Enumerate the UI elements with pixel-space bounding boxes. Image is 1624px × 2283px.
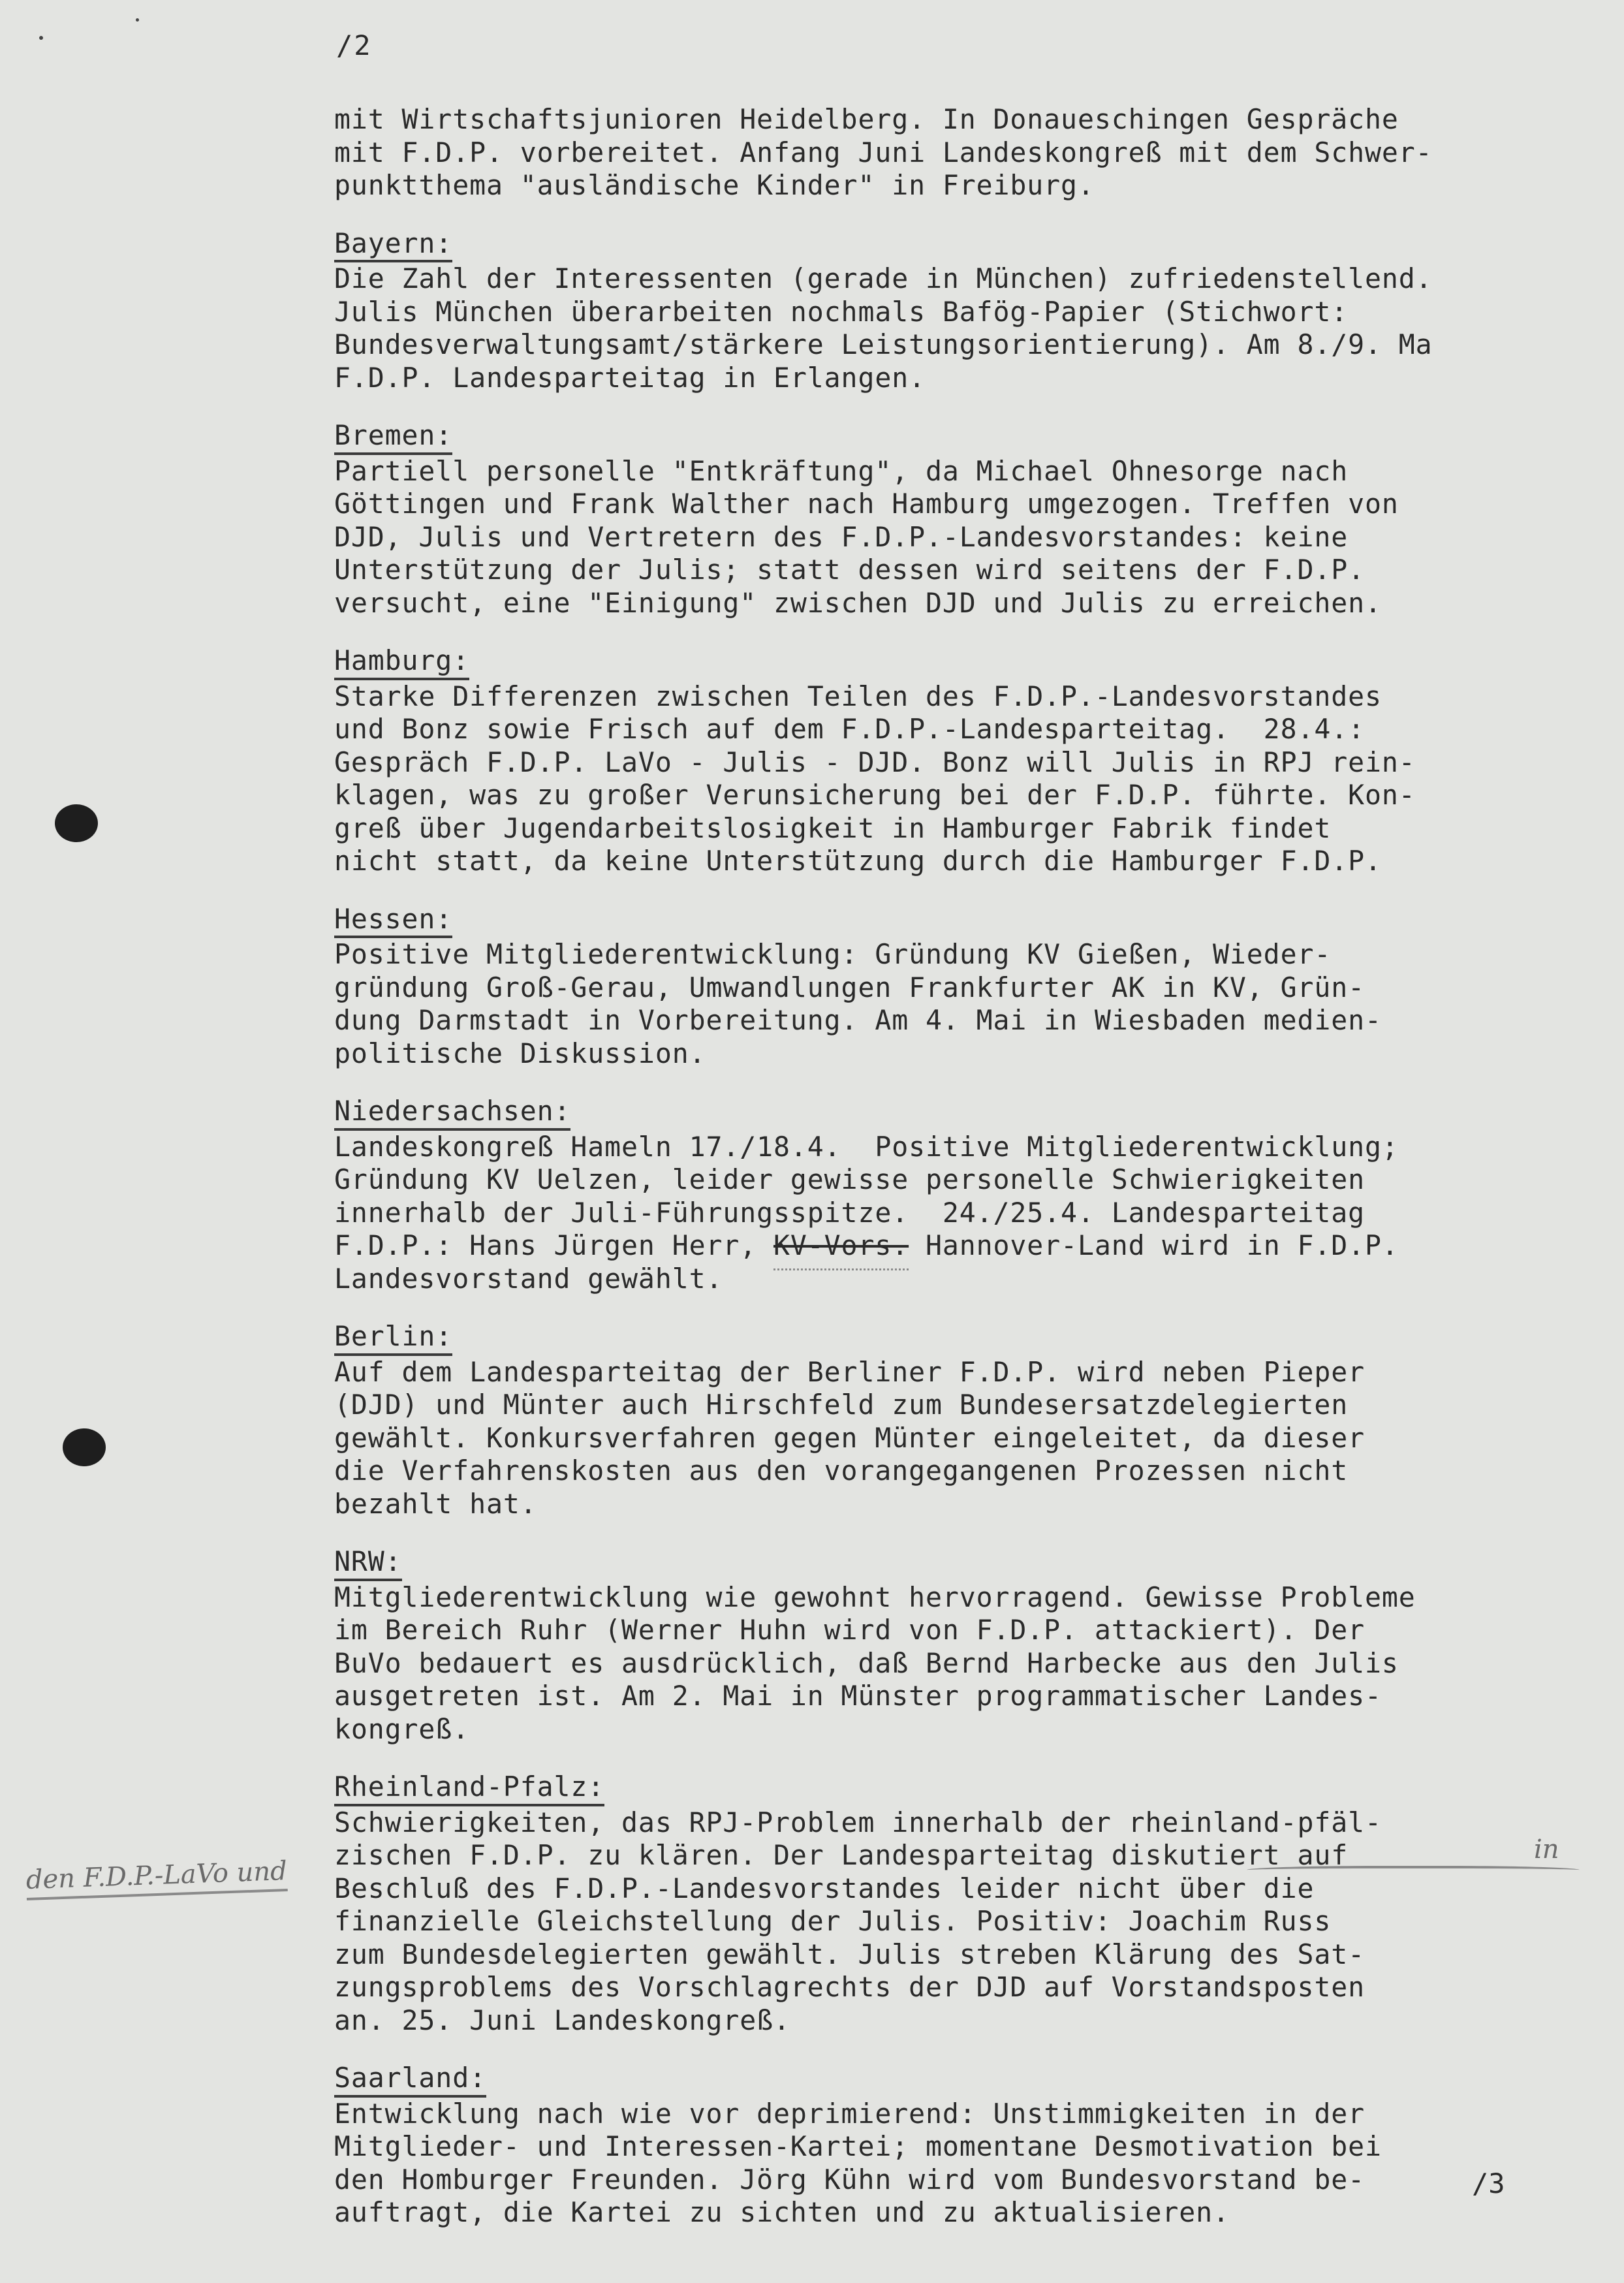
section-hessen: Hessen: Positive Mitgliederentwicklung: …	[334, 903, 1614, 1071]
text-line: BuVo bedauert es ausdrücklich, daß Bernd…	[334, 1647, 1614, 1680]
text-line: mit Wirtschaftsjunioren Heidelberg. In D…	[334, 103, 1614, 136]
text-line: gewählt. Konkursverfahren gegen Münter e…	[334, 1422, 1614, 1455]
paper-speck	[136, 18, 139, 22]
text-line: Auf dem Landesparteitag der Berliner F.D…	[334, 1356, 1614, 1389]
text-line: innerhalb der Juli-Führungsspitze. 24./2…	[334, 1197, 1614, 1230]
text-fragment: Hannover-Land wird in F.D.P.	[909, 1229, 1399, 1261]
text-line: Gründung KV Uelzen, leider gewisse perso…	[334, 1163, 1614, 1197]
text-line: Gespräch F.D.P. LaVo - Julis - DJD. Bonz…	[334, 746, 1614, 779]
section-bremen: Bremen: Partiell personelle "Entkräftung…	[334, 419, 1614, 620]
section-heading: Hessen:	[334, 903, 452, 939]
text-line: zungsproblems des Vorschlagrechts der DJ…	[334, 1971, 1614, 2004]
paper-speck	[39, 36, 43, 40]
text-line: an. 25. Juni Landeskongreß.	[334, 2004, 1614, 2038]
text-line: klagen, was zu großer Verunsicherung bei…	[334, 779, 1614, 812]
section-heading: Berlin:	[334, 1320, 452, 1356]
text-line: greß über Jugendarbeitslosigkeit in Hamb…	[334, 812, 1614, 845]
text-line: und Bonz sowie Frisch auf dem F.D.P.-Lan…	[334, 713, 1614, 746]
text-line: Partiell personelle "Entkräftung", da Mi…	[334, 455, 1614, 488]
text-line: mit F.D.P. vorbereitet. Anfang Juni Land…	[334, 136, 1614, 170]
section-heading: Rheinland-Pfalz:	[334, 1771, 604, 1806]
text-line: Mitglieder- und Interessen-Kartei; momen…	[334, 2130, 1614, 2164]
text-line: punktthema "ausländische Kinder" in Frei…	[334, 169, 1614, 202]
punch-hole	[63, 1428, 106, 1466]
section-heading: NRW:	[334, 1545, 402, 1581]
text-line: Die Zahl der Interessenten (gerade in Mü…	[334, 262, 1614, 296]
text-line: Göttingen und Frank Walther nach Hamburg…	[334, 488, 1614, 521]
handwritten-insert-mark: in	[1534, 1834, 1559, 1865]
text-line: bezahlt hat.	[334, 1488, 1614, 1521]
section-heading: Bayern:	[334, 227, 452, 263]
section-nrw: NRW: Mitgliederentwicklung wie gewohnt h…	[334, 1545, 1614, 1746]
text-line: Julis München überarbeiten nochmals Bafö…	[334, 296, 1614, 329]
text-line: finanzielle Gleichstellung der Julis. Po…	[334, 1905, 1614, 1938]
text-line: politische Diskussion.	[334, 1037, 1614, 1071]
text-line: gründung Groß-Gerau, Umwandlungen Frankf…	[334, 971, 1614, 1005]
text-fragment: F.D.P.: Hans Jürgen Herr,	[334, 1229, 773, 1261]
text-line: Entwicklung nach wie vor deprimierend: U…	[334, 2098, 1614, 2131]
text-line: Landeskongreß Hameln 17./18.4. Positive …	[334, 1131, 1614, 1164]
section-heading: Hamburg:	[334, 644, 469, 680]
handwritten-insertion-line	[1247, 1866, 1580, 1876]
text-line: Mitgliederentwicklung wie gewohnt hervor…	[334, 1581, 1614, 1614]
text-line: auftragt, die Kartei zu sichten und zu a…	[334, 2196, 1614, 2229]
section-heading: Saarland:	[334, 2062, 486, 2098]
text-line: DJD, Julis und Vertretern des F.D.P.-Lan…	[334, 521, 1614, 554]
section-berlin: Berlin: Auf dem Landesparteitag der Berl…	[334, 1320, 1614, 1520]
text-line: Schwierigkeiten, das RPJ-Problem innerha…	[334, 1806, 1614, 1840]
section-bayern: Bayern: Die Zahl der Interessenten (gera…	[334, 227, 1614, 395]
section-heading: Niedersachsen:	[334, 1095, 570, 1131]
text-line: Positive Mitgliederentwicklung: Gründung…	[334, 938, 1614, 971]
section-niedersachsen: Niedersachsen: Landeskongreß Hameln 17./…	[334, 1095, 1614, 1295]
document-body: mit Wirtschaftsjunioren Heidelberg. In D…	[334, 103, 1614, 2229]
text-line: nicht statt, da keine Unterstützung durc…	[334, 845, 1614, 878]
text-line: (DJD) und Münter auch Hirschfeld zum Bun…	[334, 1389, 1614, 1422]
section-rheinland-pfalz: Rheinland-Pfalz: Schwierigkeiten, das RP…	[334, 1771, 1614, 2037]
text-line: Beschluß des F.D.P.-Landesvorstandes lei…	[334, 1872, 1614, 1906]
handwritten-margin-note: den F.D.P.-LaVo und	[25, 1856, 288, 1900]
text-line: F.D.P. Landesparteitag in Erlangen.	[334, 362, 1614, 395]
struck-text: KV-Vors.	[773, 1229, 909, 1261]
page-number-bottom: /3	[1472, 2167, 1505, 2199]
text-line: Starke Differenzen zwischen Teilen des F…	[334, 680, 1614, 714]
text-line: zum Bundesdelegierten gewählt. Julis str…	[334, 1938, 1614, 1972]
text-line: den Homburger Freunden. Jörg Kühn wird v…	[334, 2164, 1614, 2197]
text-line: im Bereich Ruhr (Werner Huhn wird von F.…	[334, 1614, 1614, 1647]
text-line: die Verfahrenskosten aus den vorangegang…	[334, 1455, 1614, 1488]
text-line: ausgetreten ist. Am 2. Mai in Münster pr…	[334, 1680, 1614, 1713]
punch-hole	[55, 804, 98, 842]
text-line: Landesvorstand gewählt.	[334, 1263, 1614, 1296]
text-line: Bundesverwaltungsamt/stärkere Leistungso…	[334, 328, 1614, 362]
text-line: dung Darmstadt in Vorbereitung. Am 4. Ma…	[334, 1004, 1614, 1037]
text-line: versucht, eine "Einigung" zwischen DJD u…	[334, 587, 1614, 620]
section-saarland: Saarland: Entwicklung nach wie vor depri…	[334, 2062, 1614, 2229]
page-number-top: /2	[336, 29, 372, 61]
text-line: kongreß.	[334, 1713, 1614, 1746]
text-line-with-strikethrough: F.D.P.: Hans Jürgen Herr, KV-Vors. Hanno…	[334, 1229, 1614, 1263]
section-hamburg: Hamburg: Starke Differenzen zwischen Tei…	[334, 644, 1614, 878]
intro-paragraph: mit Wirtschaftsjunioren Heidelberg. In D…	[334, 103, 1614, 202]
section-heading: Bremen:	[334, 419, 452, 455]
text-line: Unterstützung der Julis; statt dessen wi…	[334, 554, 1614, 587]
